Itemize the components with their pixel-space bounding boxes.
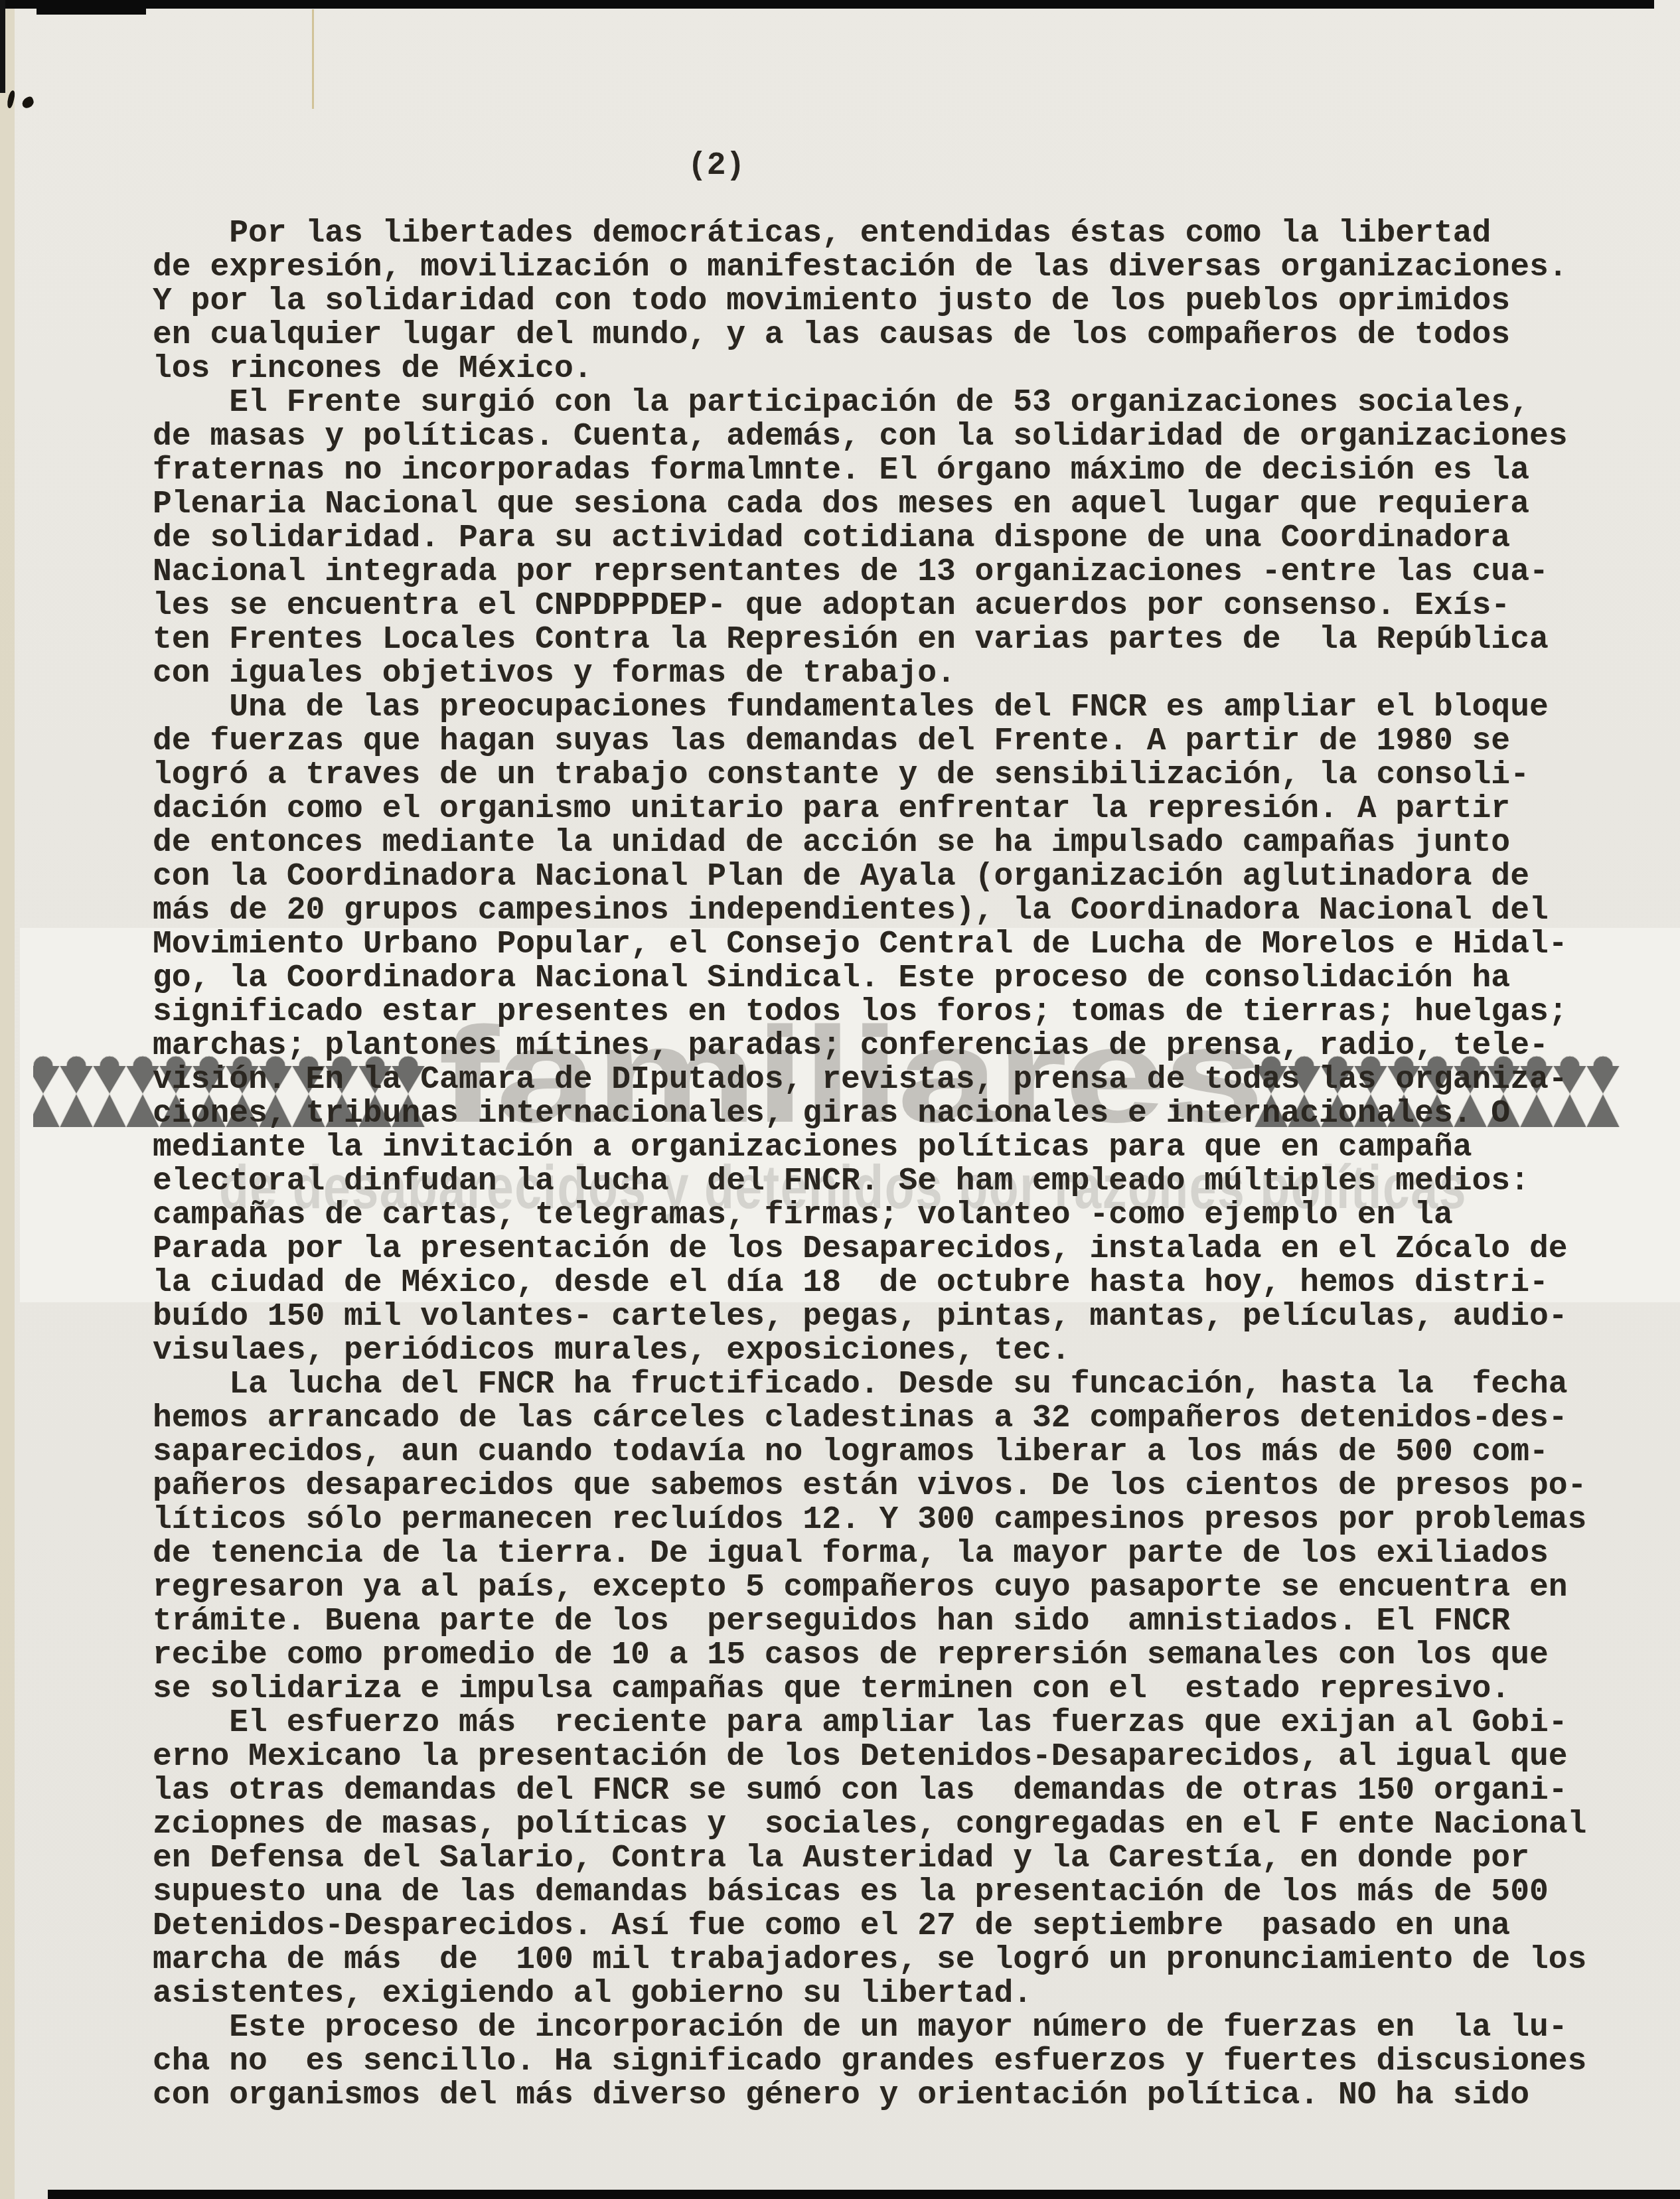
ink-speck — [21, 96, 36, 110]
scan-top-edge-bar-thick — [37, 0, 146, 15]
scan-left-edge-strip — [0, 0, 15, 2199]
scan-bottom-edge-bar — [48, 2190, 1680, 2199]
scanned-document-page: { "page": { "number_label": "(2)", "line… — [0, 0, 1680, 2199]
paper-crack-mark — [312, 9, 314, 109]
page-number: (2) — [688, 149, 745, 183]
scan-top-edge-bar — [0, 0, 1654, 9]
page-background: familiares de desaparecidos y detenidos … — [0, 0, 1680, 2199]
typewritten-body-text: Por las libertades democráticas, entendi… — [153, 217, 1586, 2113]
scan-left-dark-edge — [0, 0, 5, 93]
